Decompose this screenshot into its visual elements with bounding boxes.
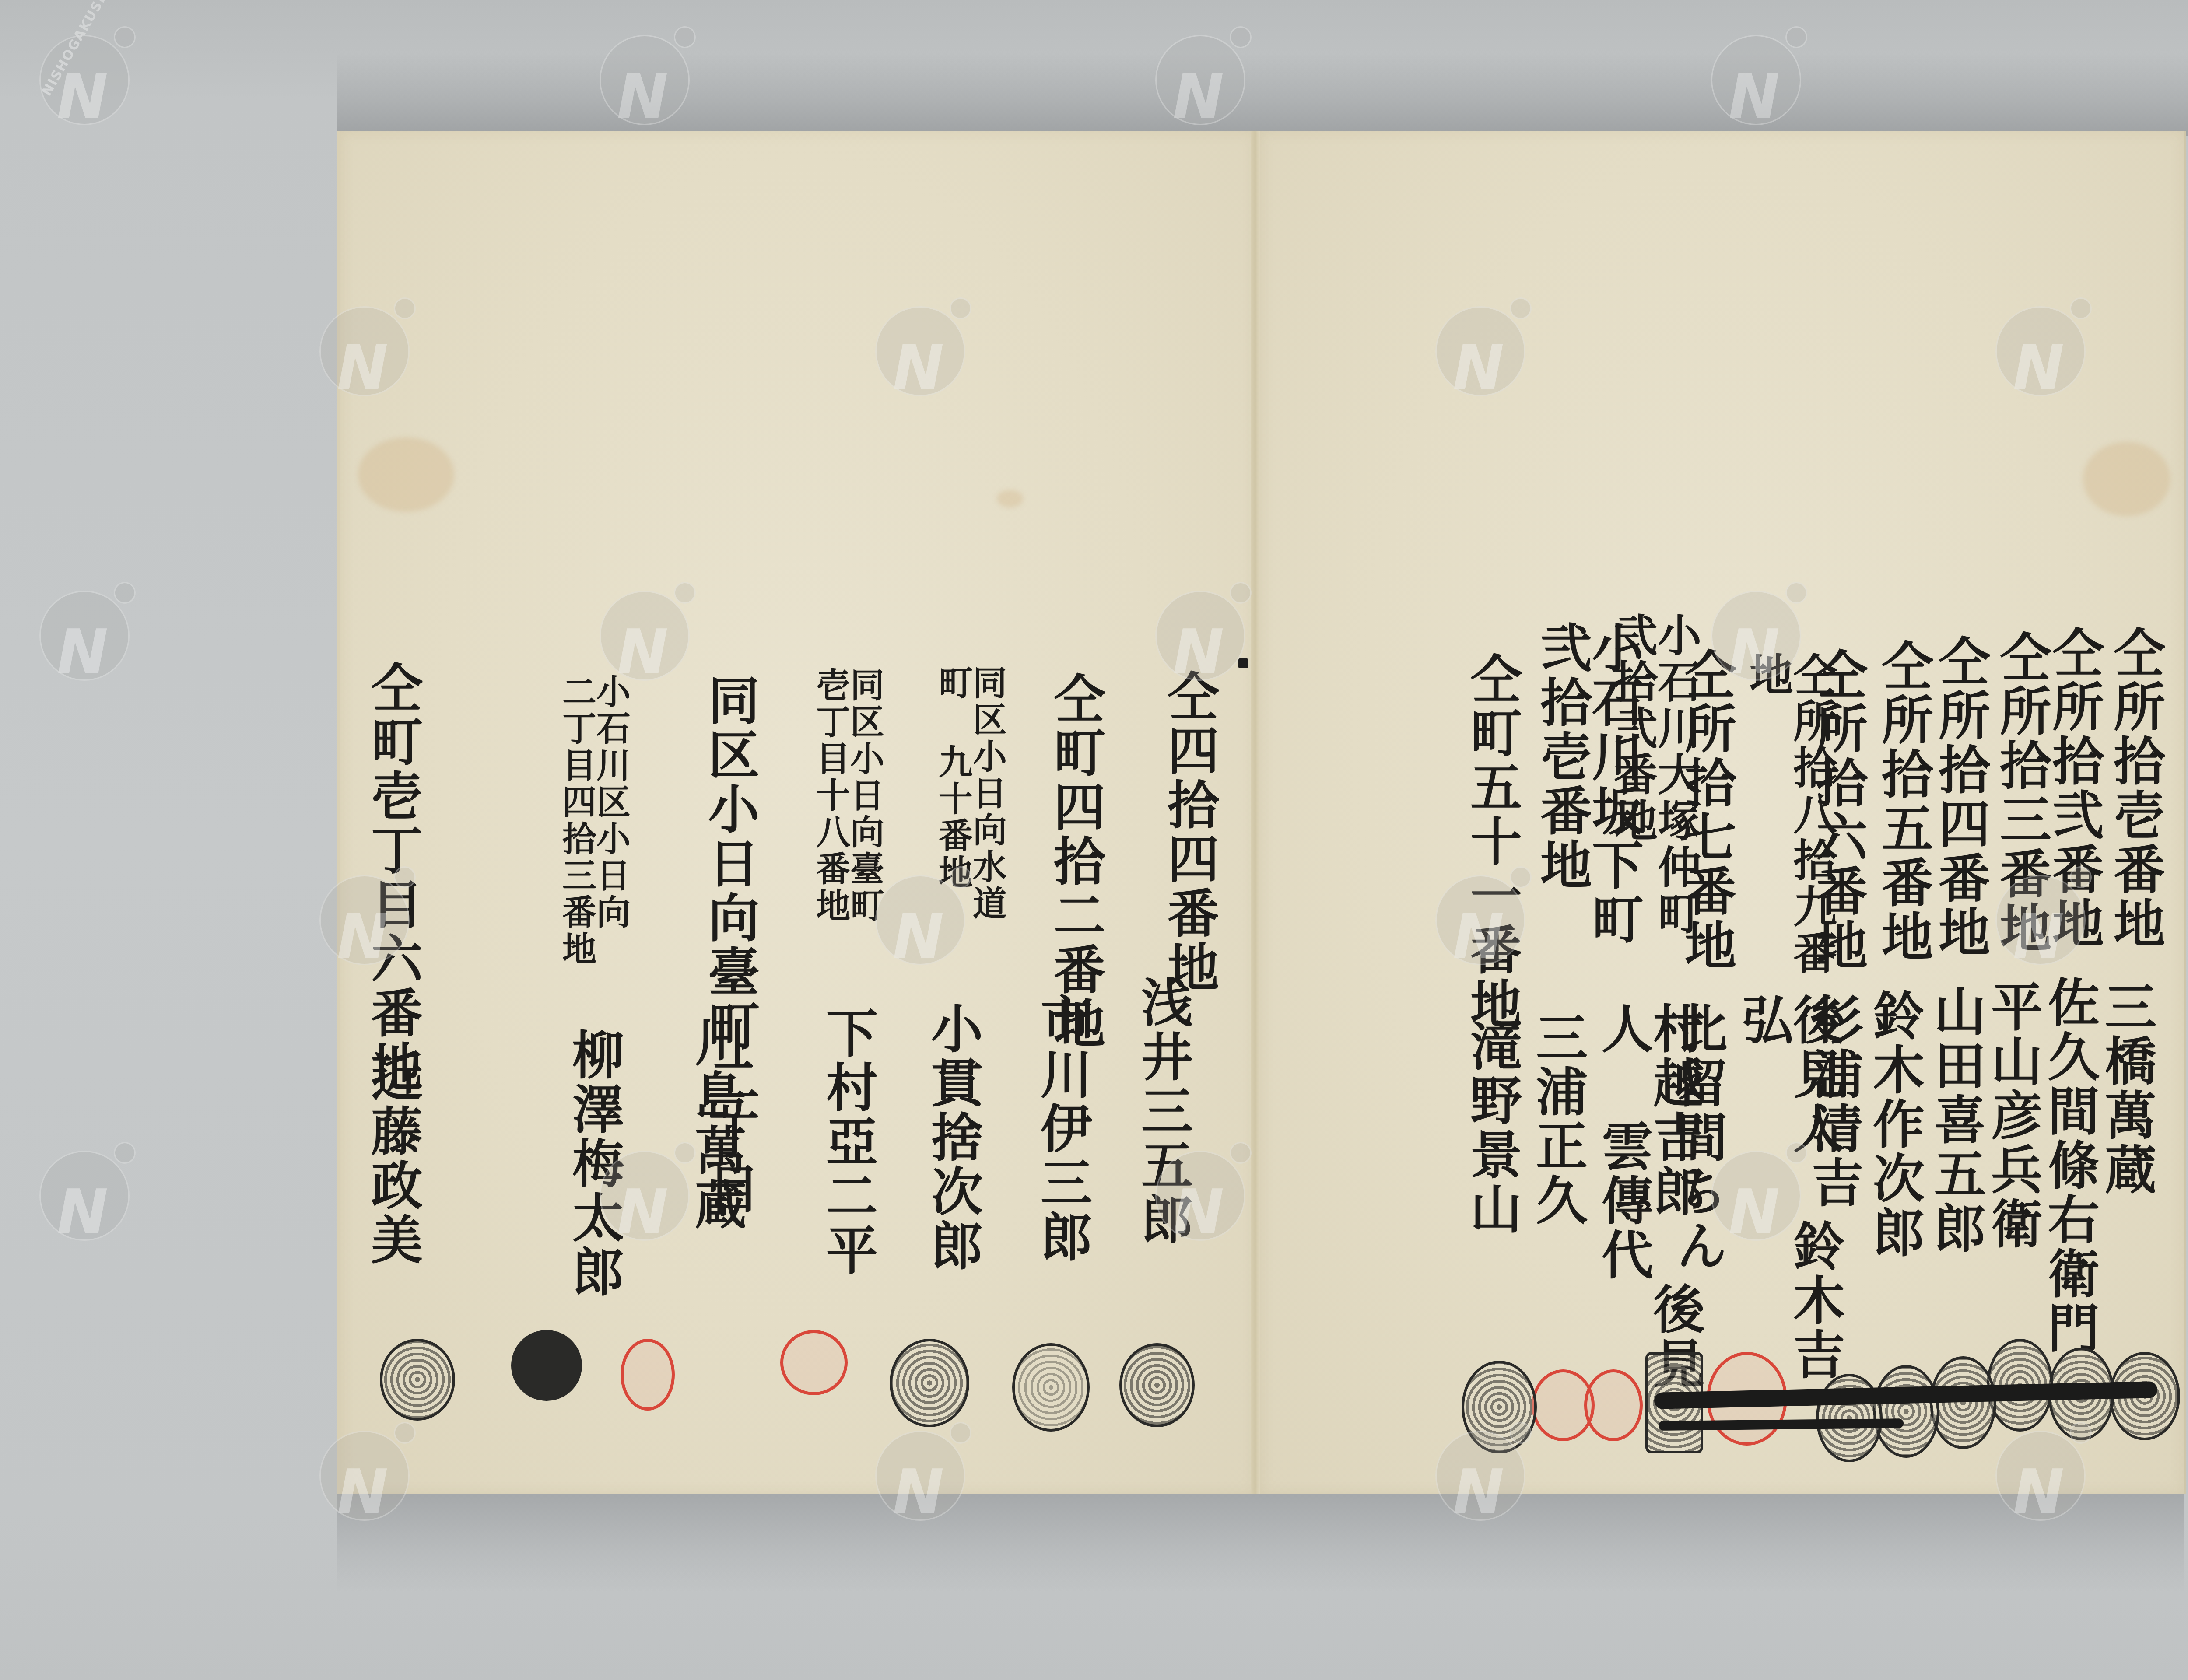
red-seal-stamp	[1584, 1369, 1643, 1441]
entry-name: 後見人 鈴木吉弘	[1737, 993, 1841, 1387]
personal-seal-stamp	[1119, 1343, 1195, 1427]
personal-seal-stamp	[380, 1339, 455, 1421]
entry-name: 村越吉郎 後見人 雲傳代	[1597, 1002, 1701, 1396]
watermark-logo-icon: N	[22, 1133, 136, 1247]
water-stain	[358, 437, 454, 512]
personal-seal-stamp	[511, 1330, 582, 1401]
entry-name: 山田喜五郎	[1930, 984, 1981, 1256]
book-gutter	[1251, 131, 1261, 1494]
entry-address: 仝所拾四番地	[1934, 634, 1986, 960]
entry-name: 市川伊三郎	[1036, 993, 1088, 1264]
entry-name: 三浦正久	[1532, 1011, 1583, 1228]
entry-name: 近藤政美	[367, 1050, 418, 1267]
personal-seal-stamp	[890, 1339, 969, 1427]
entry-name: 滝野景山	[1466, 1019, 1518, 1236]
entry-address: 仝所拾壱番地	[2109, 626, 2161, 951]
personal-seal-stamp	[1873, 1365, 1939, 1458]
entry-address: 同区小日向臺町 壱丁目十八番地	[813, 667, 881, 982]
left-page: 仝四拾四番地 浅井三五郎 仝町四拾二番地 市川伊三郎 同区小日向水道町 九十番地…	[337, 131, 1255, 1494]
entry-name: 柳澤梅太郎	[568, 1028, 620, 1299]
entry-address: 仝所拾八拾九番地	[1746, 652, 1834, 984]
entry-address: 仝町壱丁目六番地	[367, 661, 418, 1095]
red-seal-stamp	[621, 1339, 675, 1410]
entry-address: 同区小日向水道町 九十番地	[936, 665, 1004, 936]
entry-name: 浅井三五郎	[1137, 976, 1189, 1247]
right-page: 仝所拾壱番地 三橋萬蔵 仝所拾弐番地 佐久間條右衛門 仝所拾三番地 平山彦兵衛 …	[1260, 131, 2186, 1494]
water-stain	[997, 490, 1023, 507]
entry-name: 鈴木作次郎	[1869, 989, 1920, 1260]
entry-name: 川島萬蔵	[691, 1015, 742, 1232]
personal-seal-stamp	[1012, 1343, 1090, 1431]
open-book: 仝四拾四番地 浅井三五郎 仝町四拾二番地 市川伊三郎 同区小日向水道町 九十番地…	[337, 131, 2184, 1494]
entry-address: 仝町五十一番地	[1466, 652, 1518, 1032]
personal-seal-stamp	[1816, 1374, 1883, 1462]
entry-address: 小石川坂下町弐拾壱番地	[1536, 621, 1639, 971]
entry-name: 三橋萬蔵	[2100, 980, 2152, 1197]
watermark-logo-icon: N	[22, 573, 136, 687]
red-seal-stamp	[780, 1330, 848, 1395]
entry-name: 下村亞二平	[822, 1006, 873, 1277]
book-shadow-top	[337, 52, 2188, 136]
entry-address: 仝所拾弐番地	[2048, 626, 2100, 951]
binding-mark	[1238, 658, 1248, 668]
entry-address: 仝四拾四番地	[1163, 669, 1215, 995]
entry-name: 小貫捨次郎	[927, 1002, 978, 1273]
entry-name: 佐久間條右衛門	[2044, 976, 2095, 1355]
water-stain	[2083, 442, 2170, 516]
book-shadow-bottom	[337, 1492, 2184, 1592]
entry-address: 小石川区小日向 二丁目四拾三番地	[559, 674, 628, 989]
entry-address: 仝所拾三番地	[1995, 630, 2047, 955]
entry-address: 仝所拾五番地	[1877, 639, 1929, 964]
watermark-logo-icon: NNISHOGAKUSHA	[22, 17, 136, 131]
personal-seal-stamp	[1462, 1361, 1537, 1453]
entry-name: 平山彦兵衛	[1987, 980, 2038, 1251]
